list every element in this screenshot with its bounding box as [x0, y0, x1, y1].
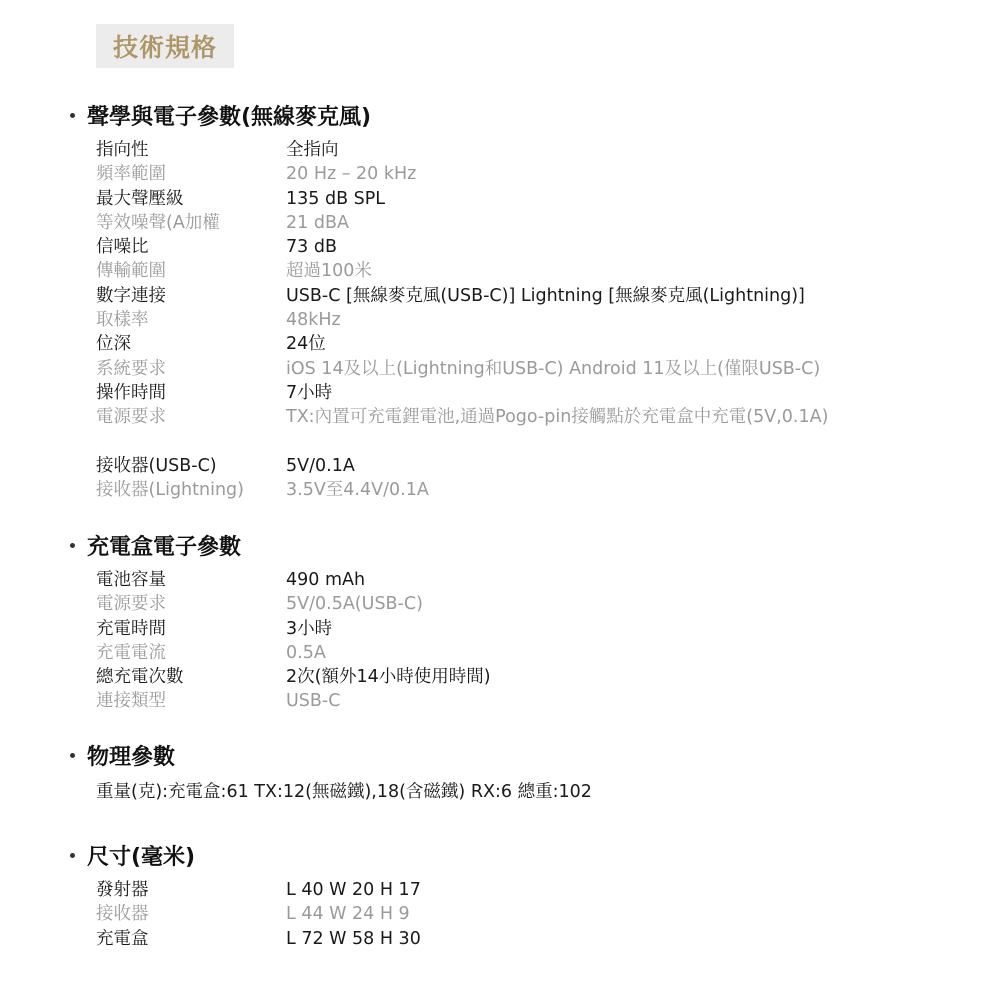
- weight-line: 重量(克):充電盒:61 TX:12(無磁鐵),18(含磁鐵) RX:6 總重:…: [96, 778, 592, 803]
- spec-key: 充電電流: [96, 641, 166, 665]
- spec-value: 2次(額外14小時使用時間): [286, 665, 491, 689]
- spec-value: 135 dB SPL: [286, 187, 385, 211]
- spec-key: 電池容量: [96, 568, 166, 592]
- page-title-box: 技術規格: [96, 24, 234, 68]
- spec-key: 接收器(Lightning): [96, 478, 244, 502]
- spec-value: 0.5A: [286, 641, 326, 665]
- spec-value: USB-C: [286, 689, 340, 713]
- spec-value: TX:內置可充電鋰電池,通過Pogo-pin接觸點於充電盒中充電(5V,0.1A…: [286, 405, 828, 429]
- page-title: 技術規格: [113, 28, 217, 64]
- spec-key: 充電時間: [96, 617, 166, 641]
- spec-key: 電源要求: [96, 592, 166, 616]
- spec-key: 信噪比: [96, 235, 149, 259]
- spec-value: USB-C [無線麥克風(USB-C)] Lightning [無線麥克風(Li…: [286, 284, 805, 308]
- spec-value: 3.5V至4.4V/0.1A: [286, 478, 429, 502]
- spec-key: 總充電次數: [96, 665, 184, 689]
- bullet-icon: [70, 113, 75, 118]
- spec-key: 操作時間: [96, 381, 166, 405]
- spec-key: 傳輸範圍: [96, 259, 166, 283]
- spec-key: 等效噪聲(A加權: [96, 211, 220, 235]
- section-heading-charging-case: 充電盒電子參數: [62, 530, 241, 561]
- section-heading-acoustic: 聲學與電子參數(無線麥克風): [62, 100, 371, 131]
- section-heading-text: 充電盒電子參數: [87, 530, 241, 561]
- spec-value: 73 dB: [286, 235, 337, 259]
- spec-value: 7小時: [286, 381, 332, 405]
- spec-key: 指向性: [96, 138, 149, 162]
- spec-key: 接收器(USB-C): [96, 454, 217, 478]
- spec-key: 最大聲壓級: [96, 187, 184, 211]
- bullet-icon: [70, 543, 75, 548]
- section-heading-physical: 物理參數: [62, 740, 175, 771]
- spec-value: 全指向: [286, 138, 339, 162]
- spec-key: 取樣率: [96, 308, 149, 332]
- spec-value: L 72 W 58 H 30: [286, 927, 421, 951]
- section-heading-dimensions: 尺寸(毫米): [62, 840, 195, 871]
- spec-value: 21 dBA: [286, 211, 349, 235]
- spec-value: 24位: [286, 332, 326, 356]
- section-heading-text: 聲學與電子參數(無線麥克風): [87, 100, 371, 131]
- spec-value: 超過100米: [286, 259, 372, 283]
- spec-key: 充電盒: [96, 927, 149, 951]
- bullet-icon: [70, 853, 75, 858]
- spec-value: 3小時: [286, 617, 332, 641]
- spec-key: 位深: [96, 332, 131, 356]
- spec-key: 接收器: [96, 902, 149, 926]
- spec-value: 20 Hz – 20 kHz: [286, 162, 416, 186]
- spec-value: iOS 14及以上(Lightning和USB-C) Android 11及以上…: [286, 357, 820, 381]
- spec-key: 電源要求: [96, 405, 166, 429]
- spec-value: L 40 W 20 H 17: [286, 878, 421, 902]
- spec-value: 5V/0.5A(USB-C): [286, 592, 423, 616]
- spec-value: L 44 W 24 H 9: [286, 902, 410, 926]
- section-heading-text: 物理參數: [87, 740, 175, 771]
- spec-key: 數字連接: [96, 284, 166, 308]
- spec-key: 系統要求: [96, 357, 166, 381]
- spec-value: 490 mAh: [286, 568, 365, 592]
- spec-key: 頻率範圍: [96, 162, 166, 186]
- section-heading-text: 尺寸(毫米): [87, 840, 195, 871]
- spec-key: 連接類型: [96, 689, 166, 713]
- spec-value: 5V/0.1A: [286, 454, 355, 478]
- spec-value: 48kHz: [286, 308, 341, 332]
- bullet-icon: [70, 753, 75, 758]
- spec-key: 發射器: [96, 878, 149, 902]
